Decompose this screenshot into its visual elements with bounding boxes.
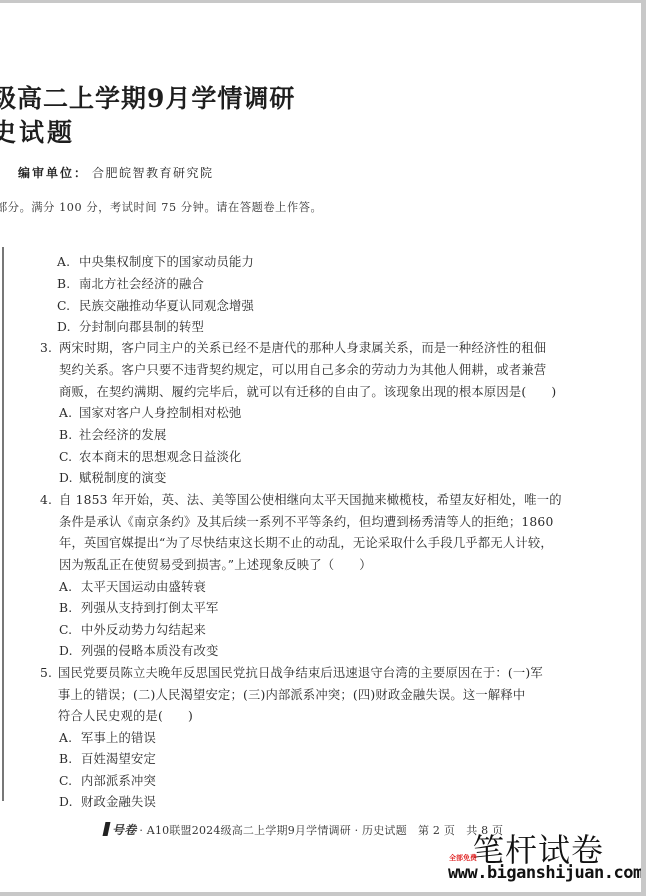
q3-option-c: C.农本商末的思想观念日益淡化 (59, 449, 241, 465)
q4-stem-line2: 条件是承认《南京条约》及其后续一系列不平等条约，但均遭到杨秀清等人的拒绝；186… (59, 514, 553, 530)
watermark-url: www.biganshijuan.com (448, 863, 641, 883)
exam-page: 级高二上学期9月学情调研 史试题 编审单位：合肥皖智教育研究院 部分。满分 10… (0, 3, 641, 892)
q2-option-c: C.民族交融推动华夏认同观念增强 (57, 298, 254, 314)
page-footer: 号卷· A10联盟2024级高二上学期9月学情调研 · 历史试题 第 2 页 共… (104, 821, 503, 838)
q3-option-d: D.赋税制度的演变 (59, 470, 166, 486)
editor-info: 编审单位：合肥皖智教育研究院 (18, 164, 214, 181)
exam-title-line2: 史试题 (0, 113, 75, 149)
q4-stem-line4: 因为叛乱正在使贸易受到损害。”上述现象反映了（ ） (59, 557, 372, 573)
q3-option-a: A.国家对客户人身控制相对松弛 (59, 405, 241, 421)
q5-stem-line3: 符合人民史观的是( ) (58, 708, 193, 724)
q4-stem-line1: 自 1853 年开始，英、法、美等国公使相继向太平天国抛来橄榄枝，希望友好相处，… (59, 492, 562, 508)
footer-text: · A10联盟2024级高二上学期9月学情调研 · 历史试题 第 2 页 共 8… (139, 824, 503, 837)
q4-option-b: B.列强从支持到打倒太平军 (59, 600, 218, 616)
brand-logo-icon (103, 822, 111, 836)
brand-logo-text: 号卷 (112, 823, 136, 837)
editor-label: 编审单位： (18, 166, 88, 180)
exam-notice: 部分。满分 100 分，考试时间 75 分钟。请在答题卷上作答。 (0, 199, 322, 215)
q3-stem-line3: 商贩，在契约满期、履约完毕后，就可以有迁移的自由了。该现象出现的根本原因是( ) (59, 384, 556, 400)
q5-option-d: D.财政金融失误 (59, 794, 156, 810)
q4-option-a: A.太平天国运动由盛转衰 (59, 579, 206, 595)
q5-stem-line2: 事上的错误；(二)人民渴望安定；(三)内部派系冲突；(四)财政金融失误。这一解释… (58, 687, 525, 703)
q2-option-a: A.中央集权制度下的国家动员能力 (57, 254, 254, 270)
column-divider (2, 247, 4, 801)
q2-option-b: B.南北方社会经济的融合 (57, 276, 204, 292)
q5-number: 5. (40, 665, 52, 681)
q2-option-d: D.分封制向郡县制的转型 (57, 319, 204, 335)
q4-number: 4. (40, 492, 52, 508)
q3-number: 3. (40, 340, 52, 356)
q3-stem-line2: 契约关系。客户只要不违背契约规定，可以用自己多余的劳动力为其他人佣耕，或者兼营 (59, 362, 546, 378)
q3-stem-line1: 两宋时期，客户同主户的关系已经不是唐代的那种人身隶属关系，而是一种经济性的租佃 (59, 340, 546, 356)
editor-value: 合肥皖智教育研究院 (92, 166, 214, 180)
q4-option-d: D.列强的侵略本质没有改变 (59, 643, 218, 659)
q5-option-b: B.百姓渴望安定 (59, 751, 156, 767)
q5-option-a: A.军事上的错误 (59, 730, 156, 746)
q5-stem-line1: 国民党要员陈立夫晚年反思国民党抗日战争结束后迅速退守台湾的主要原因在于：(一)军 (58, 665, 543, 681)
q4-option-c: C.中外反动势力勾结起来 (59, 622, 206, 638)
watermark-badge: 全部免费 (449, 853, 477, 863)
q4-stem-line3: 年，英国官媒提出“为了尽快结束这长期不止的动乱，无论采取什么手段几乎都无人计较， (59, 535, 553, 551)
q3-option-b: B.社会经济的发展 (59, 427, 166, 443)
q5-option-c: C.内部派系冲突 (59, 773, 156, 789)
exam-title-line1: 级高二上学期9月学情调研 (0, 79, 295, 115)
